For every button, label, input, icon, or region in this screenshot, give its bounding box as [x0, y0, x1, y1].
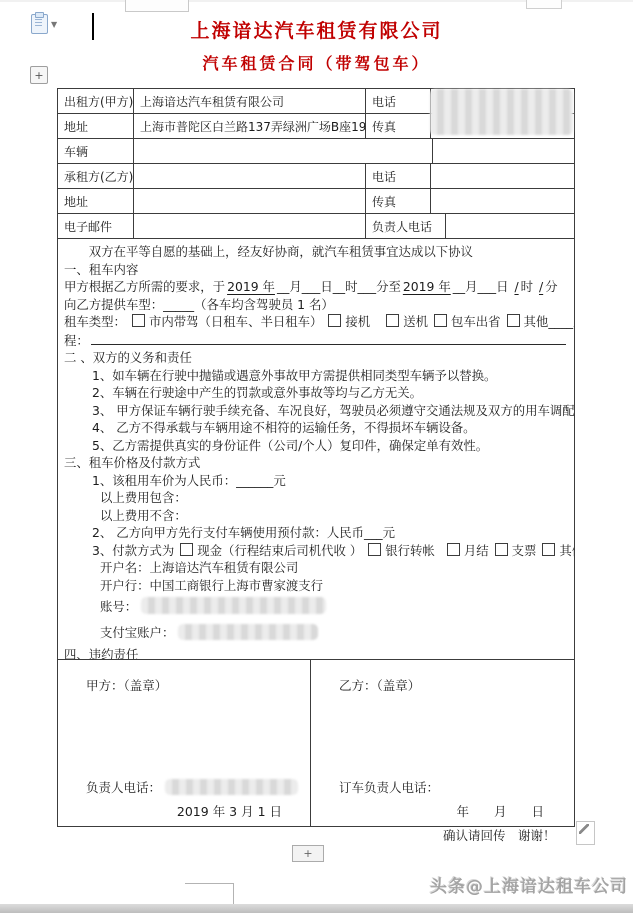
preamble: 双方在平等自愿的基础上，经友好协商，就汽车租赁事宜达成以下协议 — [64, 243, 566, 261]
redacted-party-a-phone — [165, 779, 298, 795]
alipay-label: 支付宝账户： — [100, 625, 174, 640]
account-name-line: 开户名：上海谙达汽车租赁有限公司 — [64, 559, 566, 577]
alipay-line: 支付宝账户： — [64, 620, 566, 646]
rental-type-line: 租车类型：市内带驾（日租车、半日租车）接机送机包车出省其他____用车行 — [64, 313, 566, 331]
page-corner-mark — [185, 883, 234, 884]
party-a-phone-line: 负责人电话： — [58, 778, 310, 796]
rental-date-line: 甲方根据乙方所需的要求，于2019 年__月___日__时___分至2019 年… — [64, 278, 566, 296]
vehicle-extra — [433, 139, 574, 163]
itinerary-label: 程： — [64, 332, 89, 350]
account-number-line: 账号： — [64, 594, 566, 620]
redacted-alipay-account — [178, 624, 318, 640]
contract-body: 双方在平等自愿的基础上，经友好协商，就汽车租赁事宜达成以下协议 一、租车内容 甲… — [58, 239, 574, 660]
obligation-item: 3、 甲方保证车辆行驶手续充备、车况良好，驾驶员必须遵守交通法规及双方的用车调配… — [64, 402, 566, 420]
party-b-date: 年 月 日 — [311, 802, 574, 820]
address-label: 地址 — [58, 114, 134, 138]
price-includes: 以上费用包含： — [64, 489, 566, 507]
checkbox-city-driver[interactable] — [132, 314, 145, 327]
top-ui-fragment-left — [125, 0, 189, 12]
top-ui-fragment-right — [526, 0, 562, 9]
date-text: 甲方根据乙方所需的要求，于 — [64, 279, 225, 294]
checkbox-monthly[interactable] — [447, 543, 460, 556]
checkbox-airport-pickup[interactable] — [328, 314, 341, 327]
bottom-window-edge — [0, 904, 633, 913]
party-a-seal-label: 甲方：（盖章） — [58, 676, 310, 694]
date-blanks-1: __月___日__时___分至 — [277, 279, 401, 294]
date-slash-1: / — [512, 279, 520, 294]
car-type-line: 向乙方提供车型：_____（各车均含驾驶员 1 名） — [64, 296, 566, 314]
payment-label: 3、付款方式为 — [92, 543, 174, 558]
address-value: 上海市普陀区白兰路137弄绿洲广场B座1907 — [134, 114, 366, 138]
option-airport-dropoff: 送机 — [403, 314, 428, 329]
spacer — [311, 694, 574, 778]
manager-phone-label: 负责人电话 — [366, 214, 446, 238]
checkbox-other-type[interactable] — [507, 314, 520, 327]
account-number-label: 账号： — [100, 599, 137, 614]
plus-icon: + — [303, 847, 312, 860]
address-value-b — [134, 189, 366, 213]
table-row-lessee: 承租方(乙方) 电话 — [58, 164, 574, 189]
party-b-cell: 乙方：（盖章） 订车负责人电话： 年 月 日 — [311, 660, 574, 826]
obligation-item: 4、 乙方不得承载与车辆用途不相符的运输任务，不得损坏车辆设备。 — [64, 419, 566, 437]
party-a-cell: 甲方：（盖章） 负责人电话： 2019 年 3 月 1 日 — [58, 660, 311, 826]
contract-title: 汽车租赁合同（带驾包车） — [0, 51, 633, 74]
price-line: 1、该租用车价为人民币：______元 — [64, 472, 566, 490]
prepay-line: 2、 乙方向甲方先行支付车辆使用预付款：人民币___元 — [64, 524, 566, 542]
address-label-b: 地址 — [58, 189, 134, 213]
email-value — [134, 214, 366, 238]
phone-label-b: 电话 — [366, 164, 431, 188]
table-resize-handle[interactable] — [576, 821, 595, 845]
vehicle-value — [134, 139, 433, 163]
table-row-address-b: 地址 传真 — [58, 189, 574, 214]
vehicle-label: 车辆 — [58, 139, 134, 163]
section3-title: 三、租车价格及付款方式 — [64, 454, 566, 472]
party-a-phone-label: 负责人电话： — [86, 778, 161, 796]
checkbox-cash[interactable] — [180, 543, 193, 556]
option-other-pay: 其他____ — [559, 543, 574, 558]
obligation-item: 2、车辆在行驶途中产生的罚款或意外事故等均与乙方无关。 — [64, 384, 566, 402]
party-b-phone-line: 订车负责人电话： — [311, 778, 574, 796]
option-charter: 包车出省 — [451, 314, 501, 329]
redacted-phone-fax — [430, 89, 573, 135]
word-document-page: ▼ + 上海谙达汽车租赁有限公司 汽车租赁合同（带驾包车） 出租方(甲方) 上海… — [0, 0, 633, 913]
section1-title: 一、租车内容 — [64, 261, 566, 279]
checkbox-charter[interactable] — [434, 314, 447, 327]
party-a-date: 2019 年 3 月 1 日 — [58, 802, 310, 820]
itinerary-prefix: ____用车行 — [548, 314, 574, 329]
checkbox-airport-dropoff[interactable] — [386, 314, 399, 327]
option-other-type: 其他 — [524, 314, 549, 329]
redacted-account-number — [141, 597, 326, 614]
phone-label: 电话 — [366, 89, 431, 113]
confirm-return-note: 确认请回传 谢谢！ — [443, 826, 556, 844]
phone-value-b — [431, 164, 574, 188]
date-year-start: 2019 年 — [225, 279, 277, 294]
checkbox-cheque[interactable] — [495, 543, 508, 556]
lessor-label: 出租方(甲方) — [58, 89, 134, 113]
option-cash: 现金（行程结束后司机代收 ） — [197, 543, 362, 558]
section2-title: 二 、双方的义务和责任 — [64, 349, 566, 367]
signature-row: 甲方：（盖章） 负责人电话： 2019 年 3 月 1 日 乙方：（盖章） 订车… — [58, 660, 574, 826]
resize-arrow-icon — [579, 824, 589, 834]
option-cheque: 支票 — [512, 543, 537, 558]
fax-label: 传真 — [366, 114, 431, 138]
party-b-phone-label: 订车负责人电话： — [339, 778, 439, 796]
rental-type-label: 租车类型： — [64, 314, 126, 329]
account-bank-line: 开户行：中国工商银行上海市曹家渡支行 — [64, 577, 566, 595]
lessee-value — [134, 164, 366, 188]
obligation-item: 1、如车辆在行驶中抛锚或遇意外事故甲方需提供相同类型车辆予以替换。 — [64, 367, 566, 385]
option-city-driver: 市内带驾（日租车、半日租车） — [149, 314, 322, 329]
option-airport-pickup: 接机 — [345, 314, 370, 329]
lessee-label: 承租方(乙方) — [58, 164, 134, 188]
obligation-item: 5、乙方需提供真实的身份证件（公司/个人）复印件，确保定单有效性。 — [64, 437, 566, 455]
itinerary-blank — [91, 331, 566, 345]
date-blanks-2: __月___日 — [453, 279, 509, 294]
date-slash-2: / — [537, 279, 545, 294]
lessor-value: 上海谙达汽车租赁有限公司 — [134, 89, 366, 113]
date-minute: 分 — [545, 279, 557, 294]
fax-value-b — [431, 189, 574, 213]
manager-phone-value — [446, 214, 574, 238]
checkbox-bank-transfer[interactable] — [368, 543, 381, 556]
fax-label-b: 传真 — [366, 189, 431, 213]
party-b-seal-label: 乙方：（盖章） — [311, 676, 574, 694]
table-insert-handle[interactable]: + — [292, 845, 324, 862]
date-year-end: 2019 年 — [401, 279, 453, 294]
toutiao-watermark: 头条@上海谙达租车公司 — [430, 872, 628, 897]
option-monthly: 月结 — [464, 543, 489, 558]
table-row-vehicle: 车辆 — [58, 139, 574, 164]
itinerary-line: 程： — [64, 331, 566, 350]
company-title: 上海谙达汽车租赁有限公司 — [0, 16, 633, 43]
option-bank-transfer: 银行转帐 — [385, 543, 435, 558]
price-excludes: 以上费用不含： — [64, 507, 566, 525]
contract-table: 出租方(甲方) 上海谙达汽车租赁有限公司 电话 地址 上海市普陀区白兰路137弄… — [57, 88, 575, 827]
date-hour: 时 — [521, 279, 533, 294]
checkbox-other-pay[interactable] — [542, 543, 555, 556]
spacer — [58, 694, 310, 778]
section4-title: 四、违约责任 — [64, 646, 566, 660]
table-row-email: 电子邮件 负责人电话 — [58, 214, 574, 239]
payment-method-line: 3、付款方式为现金（行程结束后司机代收 ）银行转帐月结支票其他____ — [64, 542, 566, 560]
email-label: 电子邮件 — [58, 214, 134, 238]
